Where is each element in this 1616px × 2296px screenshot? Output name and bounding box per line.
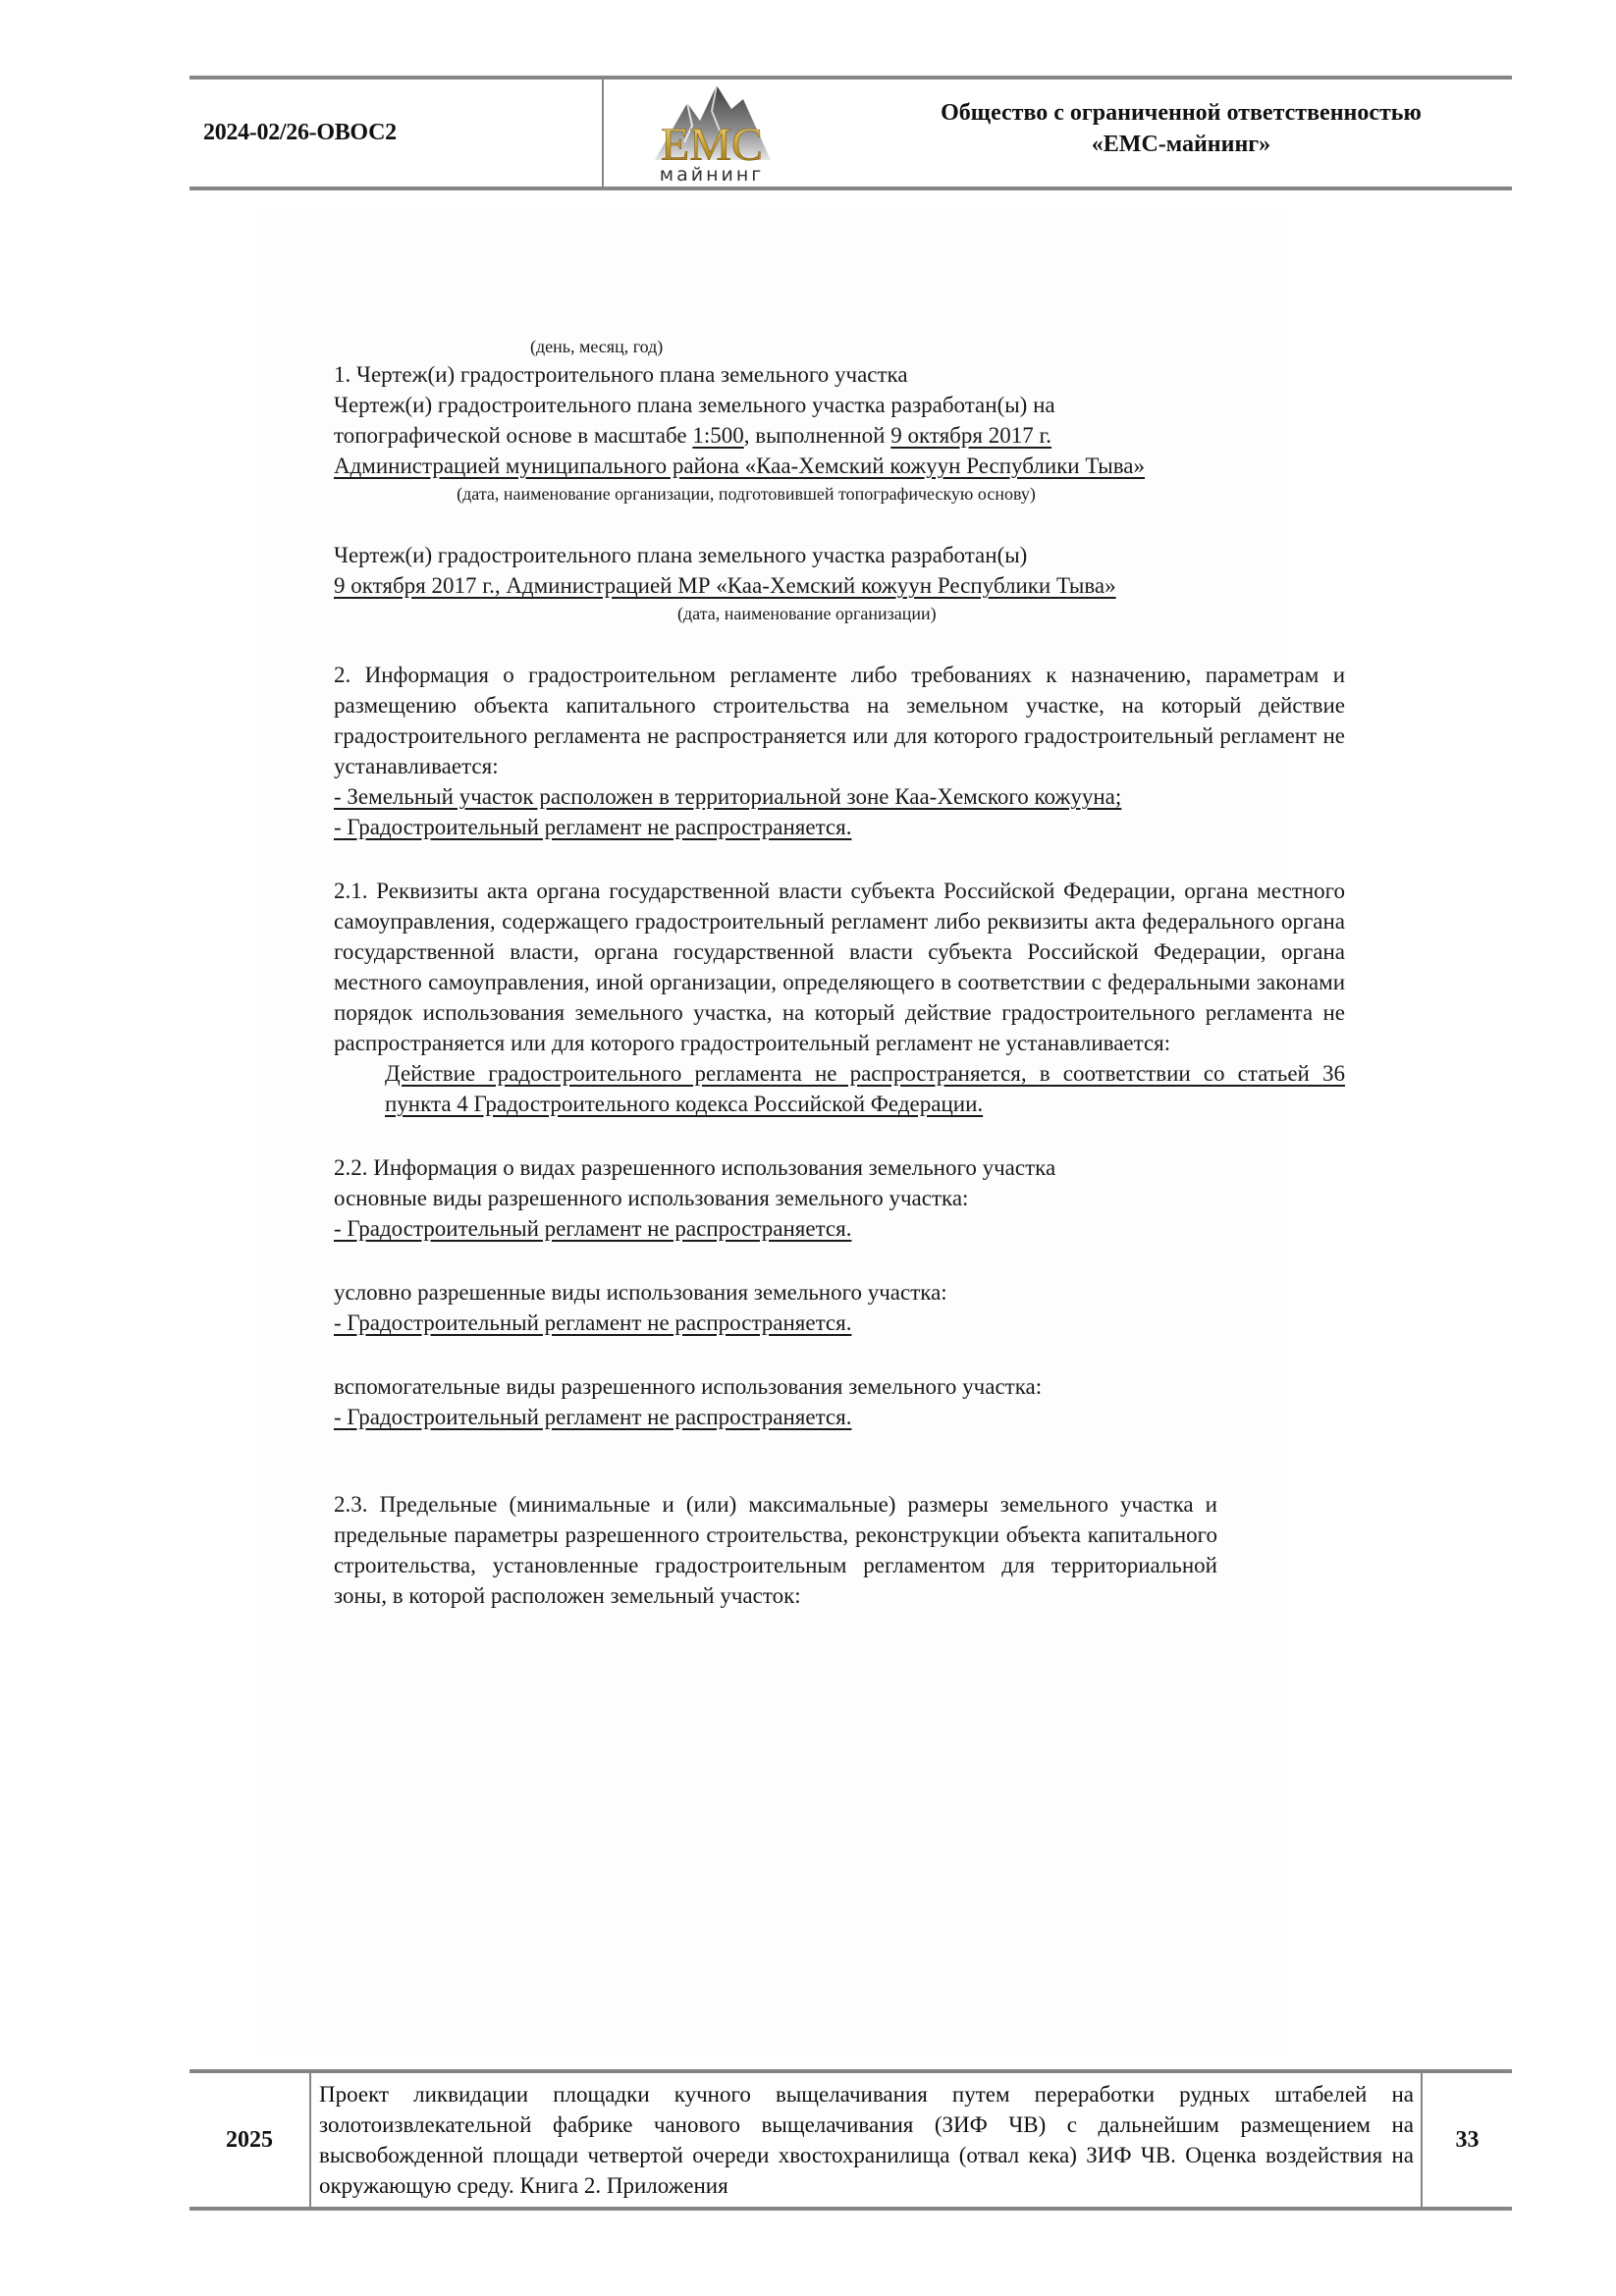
section-2-3-text: 2.3. Предельные (минимальные и (или) мак… bbox=[334, 1489, 1217, 1611]
section-1b-line-2: 9 октября 2017 г., Администрацией МР «Ка… bbox=[334, 570, 1345, 601]
main-uses-label: основные виды разрешенного использования… bbox=[334, 1183, 1345, 1213]
document-body: (день, месяц, год) 1. Чертеж(и) градостр… bbox=[334, 334, 1345, 1611]
conditional-uses-label: условно разрешенные виды использования з… bbox=[334, 1277, 1345, 1308]
footer-divider-left bbox=[309, 2073, 311, 2207]
project-title: Проект ликвидации площадки кучного выщел… bbox=[319, 2079, 1414, 2201]
footer-year: 2025 bbox=[189, 2073, 309, 2207]
page-number: 33 bbox=[1423, 2073, 1512, 2207]
section-1-line-1: Чертеж(и) градостроительного плана земел… bbox=[334, 390, 1345, 420]
section-2-text: 2. Информация о градостроительном реглам… bbox=[334, 660, 1345, 781]
scale-value: 1:500 bbox=[692, 423, 743, 448]
main-uses-value: - Градостроительный регламент не распрос… bbox=[334, 1213, 1345, 1244]
section-1-line-3: Администрацией муниципального района «Ка… bbox=[334, 451, 1345, 481]
mountain-logo-icon: EMC майнинг bbox=[633, 81, 790, 185]
section-2-1-answer: Действие градостроительного регламента н… bbox=[334, 1058, 1345, 1119]
section-2-1-text: 2.1. Реквизиты акта органа государственн… bbox=[334, 876, 1345, 1058]
auxiliary-uses-label: вспомогательные виды разрешенного исполь… bbox=[334, 1371, 1345, 1402]
section-1-caption: (дата, наименование организации, подгото… bbox=[334, 481, 1090, 507]
section-2-item-2: - Градостроительный регламент не распрос… bbox=[334, 812, 1345, 842]
organization-name: Общество с ограниченной ответственностью… bbox=[867, 97, 1495, 160]
company-logo: EMC майнинг bbox=[633, 81, 790, 185]
page-footer: 2025 Проект ликвидации площадки кучного … bbox=[189, 2069, 1512, 2211]
survey-date: 9 октября 2017 г. bbox=[890, 423, 1051, 448]
page-header: 2024-02/26-ОВОС2 EMC майнинг bbox=[189, 76, 1512, 190]
section-1b-line-1: Чертеж(и) градостроительного плана земел… bbox=[334, 540, 1345, 570]
auxiliary-uses-value: - Градостроительный регламент не распрос… bbox=[334, 1402, 1345, 1432]
date-caption: (день, месяц, год) bbox=[334, 334, 1345, 359]
section-1-title: 1. Чертеж(и) градостроительного плана зе… bbox=[334, 359, 1345, 390]
org-line-1: Общество с ограниченной ответственностью bbox=[867, 97, 1495, 129]
document-code: 2024-02/26-ОВОС2 bbox=[203, 80, 397, 187]
svg-text:майнинг: майнинг bbox=[660, 164, 765, 185]
section-1-line-2: топографической основе в масштабе 1:500,… bbox=[334, 420, 1345, 451]
header-divider bbox=[602, 80, 604, 187]
section-1b-caption: (дата, наименование организации) bbox=[334, 601, 1345, 626]
conditional-uses-value: - Градостроительный регламент не распрос… bbox=[334, 1308, 1345, 1338]
org-line-2: «ЕМС-майнинг» bbox=[867, 129, 1495, 160]
section-2-item-1: - Земельный участок расположен в террито… bbox=[334, 781, 1345, 812]
section-2-2-title: 2.2. Информация о видах разрешенного исп… bbox=[334, 1152, 1345, 1183]
